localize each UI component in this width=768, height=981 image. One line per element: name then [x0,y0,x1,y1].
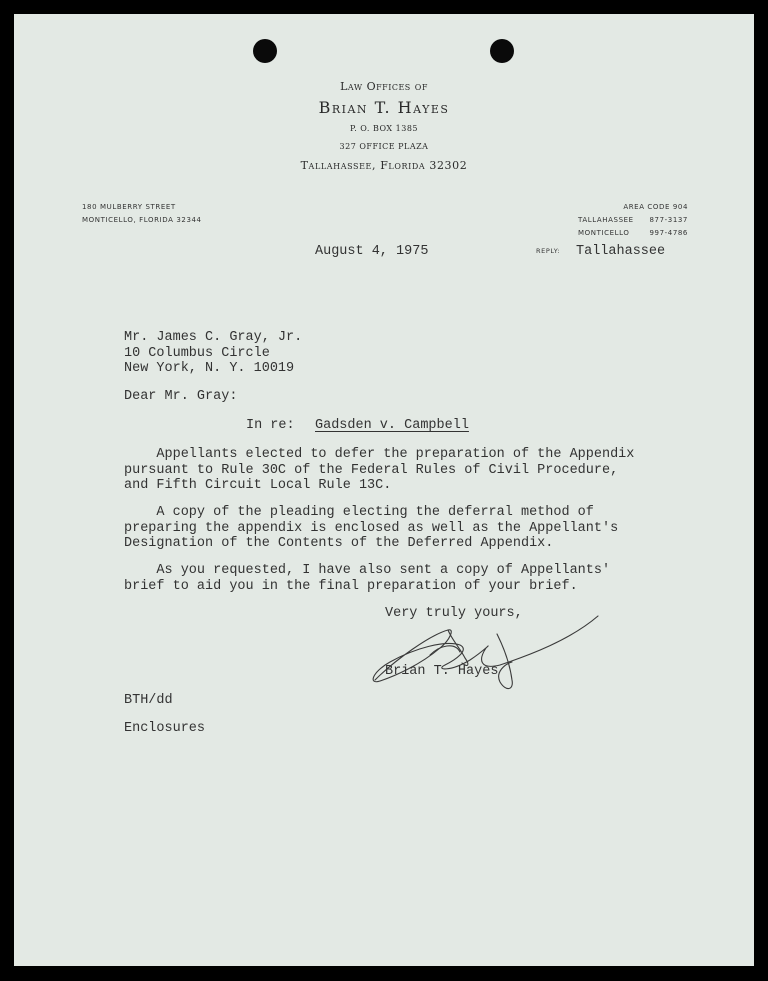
signer-name: Brian T. Hayes [385,664,498,680]
signature [0,0,768,981]
enclosures: Enclosures [124,721,205,737]
initials: BTH/dd [124,693,173,709]
